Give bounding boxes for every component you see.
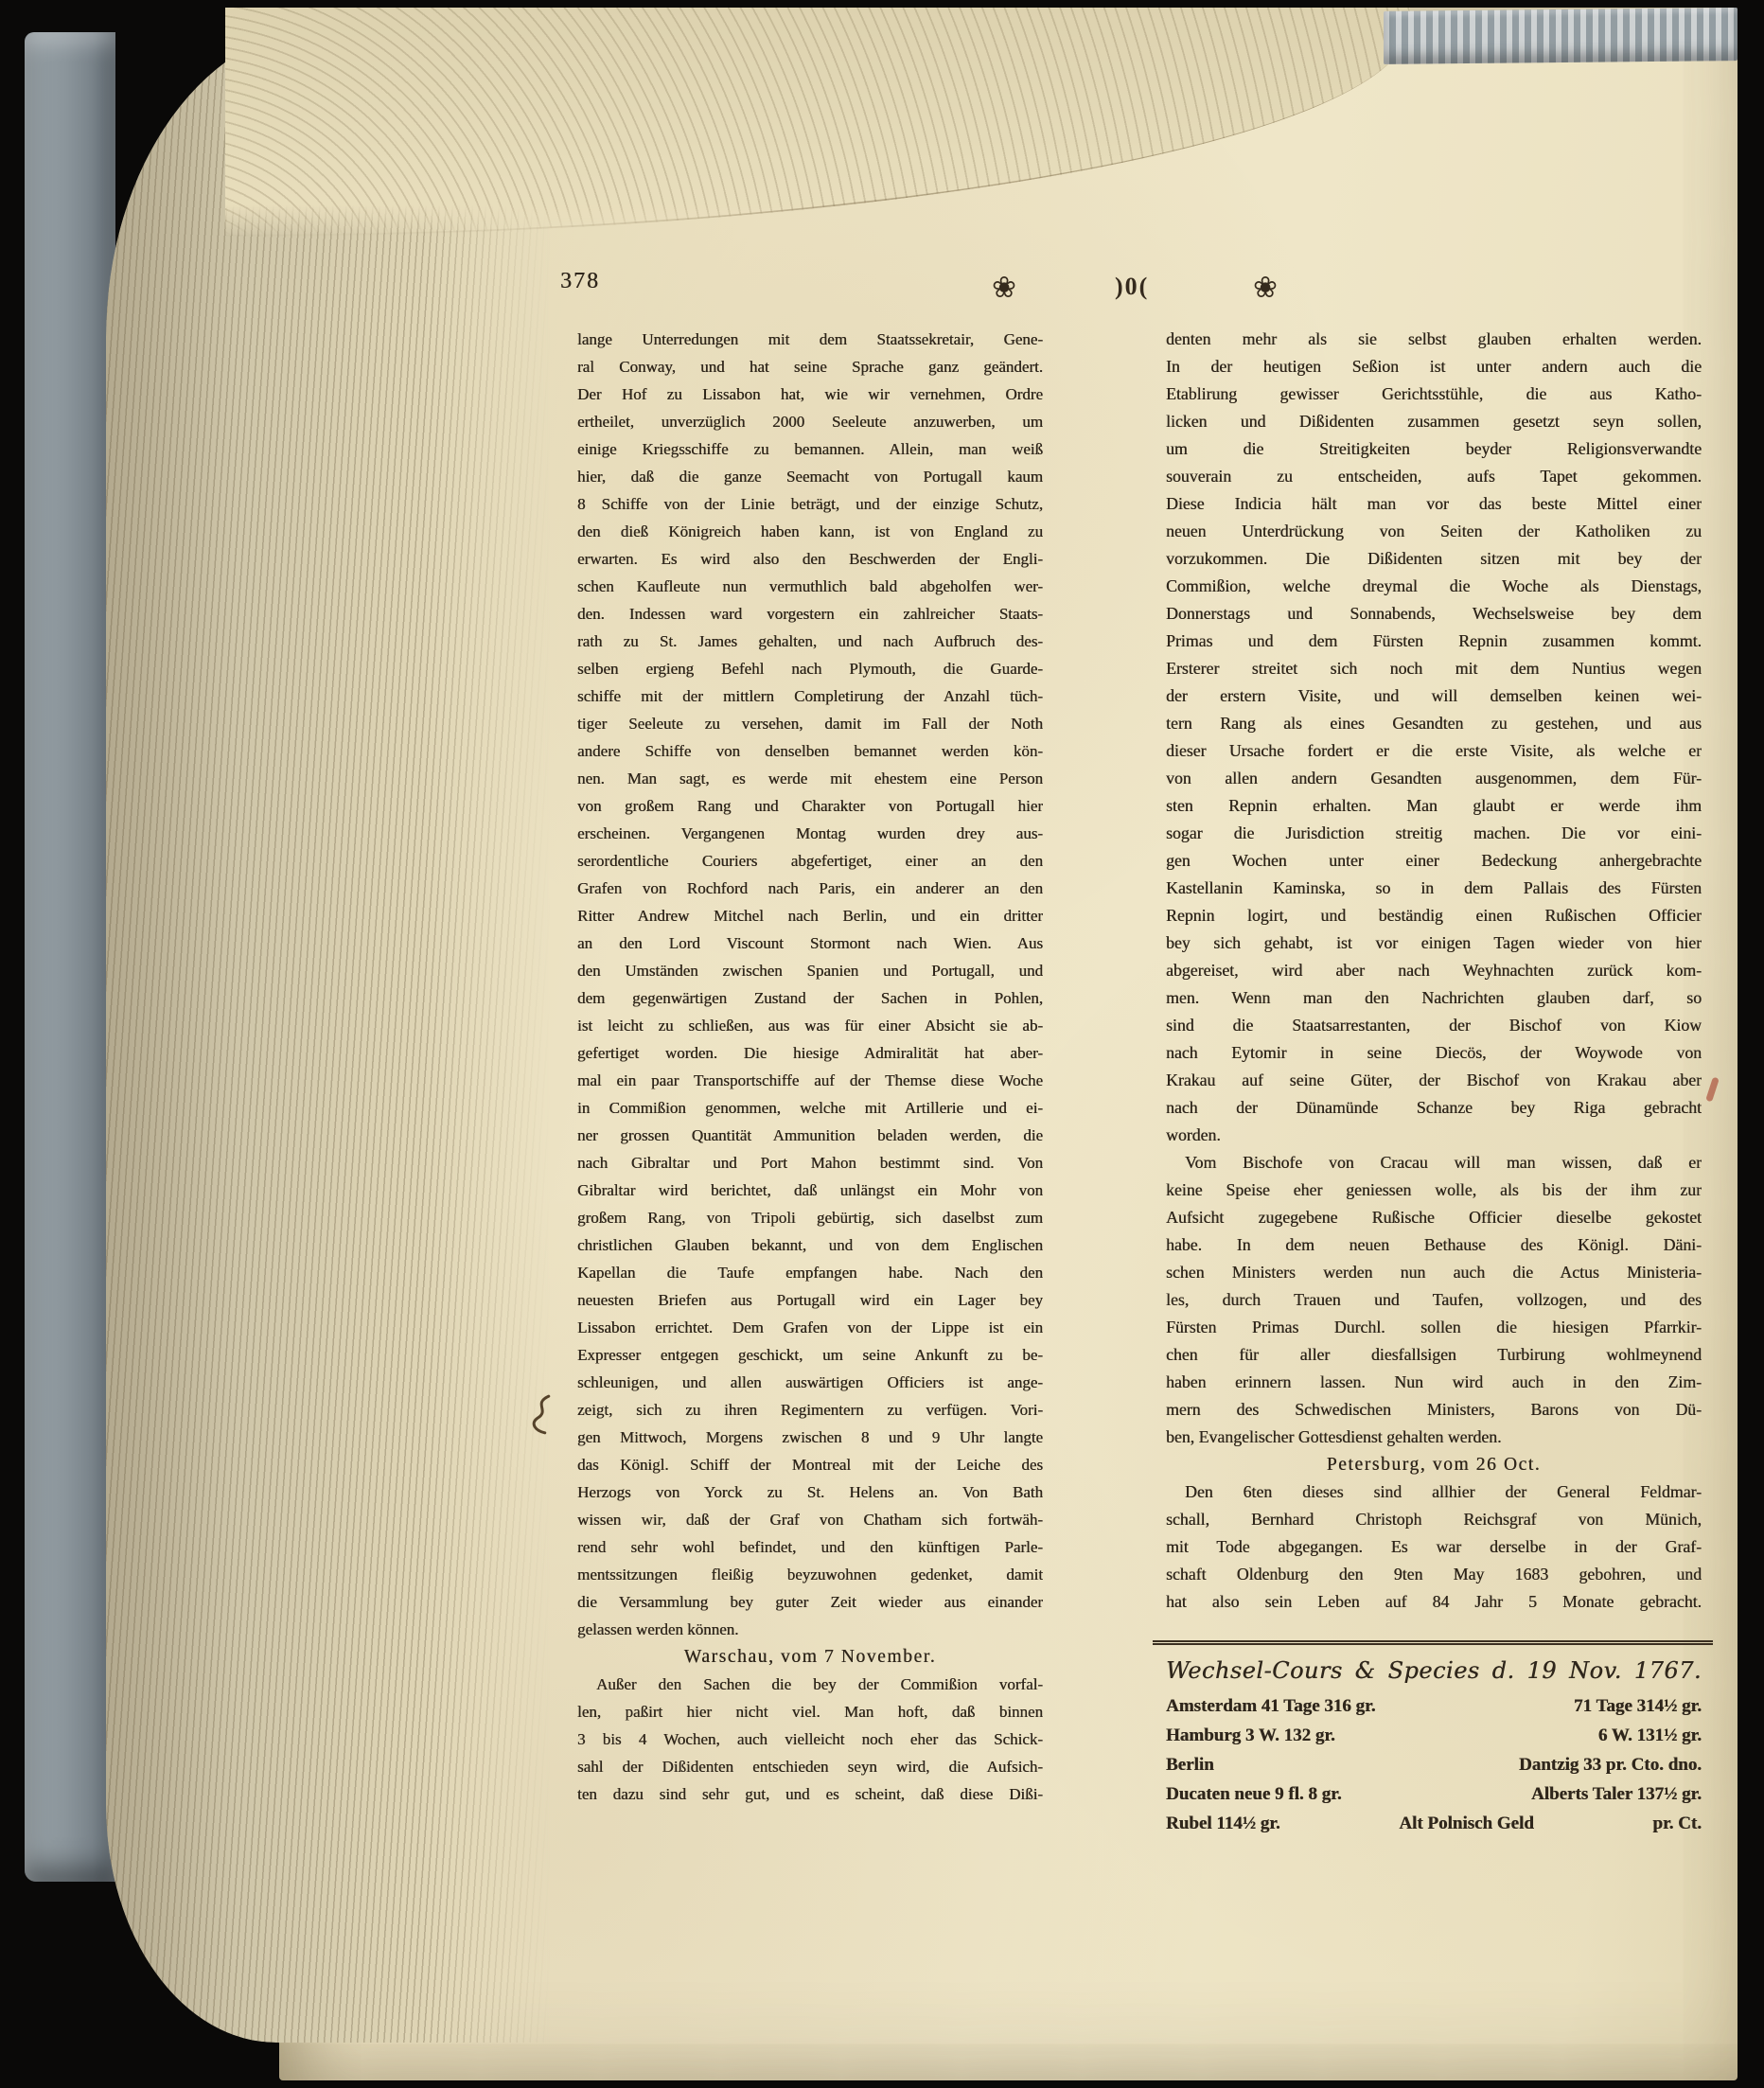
text-line: den. Indessen ward vorgestern ein zahlre…	[577, 600, 1043, 628]
text-line: Grafen von Rochford nach Paris, ein ande…	[577, 875, 1043, 902]
text-line: Der Hof zu Lissabon hat, wie wir vernehm…	[577, 380, 1043, 408]
text-line: großem Rang, von Tripoli gebürtig, sich …	[577, 1204, 1043, 1231]
exchange-cell: 71 Tage 314½ gr.	[1574, 1691, 1702, 1721]
text-line: um die Streitigkeiten beyder Religionsve…	[1166, 435, 1702, 463]
text-line: Repnin logirt, und beständig einen Rußis…	[1166, 902, 1702, 929]
text-line: sahl der Dißidenten entschieden seyn wir…	[577, 1753, 1043, 1780]
text-line: keine Speise eher geniessen wolle, als b…	[1166, 1177, 1702, 1204]
exchange-row: Rubel 114½ gr.Alt Polnisch Geldpr. Ct.	[1166, 1809, 1702, 1838]
text-line: hier, daß die ganze Seemacht von Portuga…	[577, 463, 1043, 490]
text-line: gelassen werden können.	[577, 1616, 1043, 1643]
right-column-lines: denten mehr als sie selbst glauben erhal…	[1166, 326, 1702, 1616]
text-line: tern Rang als eines Gesandten zu gestehe…	[1166, 710, 1702, 737]
exchange-cell: Berlin	[1166, 1750, 1214, 1779]
exchange-cell: Ducaten neue 9 fl. 8 gr.	[1166, 1779, 1342, 1809]
text-line: Herzogs von Yorck zu St. Helens an. Von …	[577, 1478, 1043, 1506]
exchange-cell: pr. Ct.	[1652, 1809, 1702, 1838]
text-line: licken und Dißidenten zusammen gesetzt s…	[1166, 408, 1702, 435]
text-line: serordentliche Couriers abgefertiget, ei…	[577, 847, 1043, 875]
text-line: Kastellanin Kaminska, so in dem Pallais …	[1166, 875, 1702, 902]
text-line: nach der Dünamünde Schanze bey Riga gebr…	[1166, 1094, 1702, 1122]
text-line: len, paßirt hier nicht viel. Man hoft, d…	[577, 1698, 1043, 1725]
text-line: die Versammlung bey guter Zeit wieder au…	[577, 1588, 1043, 1616]
text-line: hat also sein Leben auf 84 Jahr 5 Monate…	[1166, 1588, 1702, 1616]
exchange-cell: Rubel 114½ gr.	[1166, 1809, 1280, 1838]
text-line: selben ergieng Befehl nach Plymouth, die…	[577, 655, 1043, 682]
text-line: Donnerstags und Sonnabends, Wechselsweis…	[1166, 600, 1702, 628]
exchange-rates-table: Amsterdam 41 Tage 316 gr.71 Tage 314½ gr…	[1166, 1691, 1702, 1838]
book-cover-board	[25, 32, 115, 1882]
text-line: sten Repnin erhalten. Man glaubt er werd…	[1166, 792, 1702, 820]
text-line: rath zu St. James gehalten, und nach Auf…	[577, 628, 1043, 655]
text-line: tiger Seeleute zu versehen, damit im Fal…	[577, 710, 1043, 737]
text-line: dieser Ursache fordert er die erste Visi…	[1166, 737, 1702, 765]
text-line: souverain zu entscheiden, aufs Tapet gek…	[1166, 463, 1702, 490]
text-line: schleunigen, und allen auswärtigen Offic…	[577, 1369, 1043, 1396]
text-line: Kapellan die Taufe empfangen habe. Nach …	[577, 1259, 1043, 1286]
page-number: 378	[560, 269, 600, 294]
exchange-row: Hamburg 3 W. 132 gr.6 W. 131½ gr.	[1166, 1721, 1702, 1750]
text-line: ten dazu sind sehr gut, und es scheint, …	[577, 1780, 1043, 1808]
floral-ornament-icon: ❀	[992, 271, 1016, 305]
text-line: gefertiget worden. Die hiesige Admiralit…	[577, 1039, 1043, 1067]
text-line: chen für aller diesfallsigen Turbirung w…	[1166, 1341, 1702, 1369]
text-line: dem gegenwärtigen Zustand der Sachen in …	[577, 984, 1043, 1012]
exchange-cell: Dantzig 33 pr. Cto. dno.	[1519, 1750, 1702, 1779]
text-line: nach Eytomir in seine Diecös, der Woywod…	[1166, 1039, 1702, 1067]
text-line: Ersterer streitet sich noch mit dem Nunt…	[1166, 655, 1702, 682]
text-line: Commißion, welche dreymal die Woche als …	[1166, 573, 1702, 600]
text-line: Gibraltar wird berichtet, daß unlängst e…	[577, 1177, 1043, 1204]
floral-ornament-icon: ❀	[1253, 271, 1278, 305]
text-line: men. Wenn man den Nachrichten glauben da…	[1166, 984, 1702, 1012]
text-line: Außer den Sachen die bey der Commißion v…	[577, 1671, 1043, 1698]
text-line: den Umständen zwischen Spanien und Portu…	[577, 957, 1043, 984]
text-line: der erstern Visite, und will demselben k…	[1166, 682, 1702, 710]
exchange-row: Ducaten neue 9 fl. 8 gr.Alberts Taler 13…	[1166, 1779, 1702, 1809]
exchange-cell: Alberts Taler 137½ gr.	[1531, 1779, 1702, 1809]
text-line: vorzukommen. Die Dißidenten sitzen mit b…	[1166, 545, 1702, 573]
dateline-heading: Warschau, vom 7 November.	[577, 1643, 1043, 1671]
exchange-rates-title: Wechsel-Cours & Species d. 19 Nov. 1767.	[1166, 1654, 1702, 1688]
exchange-cell: Alt Polnisch Geld	[1399, 1809, 1534, 1838]
dateline-heading: Petersburg, vom 26 Oct.	[1166, 1451, 1702, 1478]
text-line: von allen andern Gesandten ausgenommen, …	[1166, 765, 1702, 792]
text-line: bey sich gehabt, ist vor einigen Tagen w…	[1166, 929, 1702, 957]
text-line: Etablirung gewisser Gerichtsstühle, die …	[1166, 380, 1702, 408]
text-line: christlichen Glauben bekannt, und von de…	[577, 1231, 1043, 1259]
exchange-cell: 6 W. 131½ gr.	[1598, 1721, 1702, 1750]
text-line: neuesten Briefen aus Portugall wird ein …	[577, 1286, 1043, 1314]
text-line: Aufsicht zugegebene Rußische Officier di…	[1166, 1204, 1702, 1231]
text-line: 8 Schiffe von der Linie beträgt, und der…	[577, 490, 1043, 518]
text-line: rend sehr wohl befindet, und den künftig…	[577, 1533, 1043, 1561]
text-line: mentssitzungen fleißig beyzuwohnen geden…	[577, 1561, 1043, 1588]
text-line: schall, Bernhard Christoph Reichsgraf vo…	[1166, 1506, 1702, 1533]
text-line: les, durch Trauen und Taufen, vollzogen,…	[1166, 1286, 1702, 1314]
text-line: Lissabon errichtet. Dem Grafen von der L…	[577, 1314, 1043, 1341]
text-line: schen Kaufleute nun vermuthlich bald abg…	[577, 573, 1043, 600]
exchange-row: BerlinDantzig 33 pr. Cto. dno.	[1166, 1750, 1702, 1779]
text-line: haben erinnern lassen. Nun wird auch in …	[1166, 1369, 1702, 1396]
text-line: Fürsten Primas Durchl. sollen die hiesig…	[1166, 1314, 1702, 1341]
text-line: Expresser entgegen geschickt, um seine A…	[577, 1341, 1043, 1369]
text-line: habe. In dem neuen Bethause des Königl. …	[1166, 1231, 1702, 1259]
scanned-book-photo: 378 ❀ )0( ❀ lange Unterredungen mit dem …	[0, 0, 1764, 2088]
left-text-column: lange Unterredungen mit dem Staatssekret…	[577, 326, 1043, 1808]
text-line: mal ein paar Transportschiffe auf der Th…	[577, 1067, 1043, 1094]
text-line: gen Mittwoch, Morgens zwischen 8 und 9 U…	[577, 1424, 1043, 1451]
text-line: sind die Staatsarrestanten, der Bischof …	[1166, 1012, 1702, 1039]
text-line: abgereiset, wird aber nach Weyhnachten z…	[1166, 957, 1702, 984]
text-line: ertheilet, unverzüglich 2000 Seeleute an…	[577, 408, 1043, 435]
text-line: mern des Schwedischen Ministers, Barons …	[1166, 1396, 1702, 1424]
text-line: mit Tode abgegangen. Es war derselbe in …	[1166, 1533, 1702, 1561]
exchange-cell: Amsterdam 41 Tage 316 gr.	[1166, 1691, 1376, 1721]
fore-edge-page-stack	[106, 25, 551, 2043]
text-line: Ritter Andrew Mitchel nach Berlin, und e…	[577, 902, 1043, 929]
text-line: neuen Unterdrückung von Seiten der Katho…	[1166, 518, 1702, 545]
text-line: einige Kriegsschiffe zu bemannen. Allein…	[577, 435, 1043, 463]
right-text-column: denten mehr als sie selbst glauben erhal…	[1166, 326, 1702, 1838]
text-line: Den 6ten dieses sind allhier der General…	[1166, 1478, 1702, 1506]
text-line: sogar die Jurisdiction streitig machen. …	[1166, 820, 1702, 847]
text-line: gen Wochen unter einer Bedeckung anherge…	[1166, 847, 1702, 875]
exchange-cell: Hamburg 3 W. 132 gr.	[1166, 1721, 1335, 1750]
text-line: Krakau auf seine Güter, der Bischof von …	[1166, 1067, 1702, 1094]
text-line: schaft Oldenburg den 9ten May 1683 geboh…	[1166, 1561, 1702, 1588]
text-line: von großem Rang und Charakter von Portug…	[577, 792, 1043, 820]
text-line: In der heutigen Seßion ist unter andern …	[1166, 353, 1702, 380]
text-line: worden.	[1166, 1122, 1702, 1149]
text-line: erscheinen. Vergangenen Montag wurden dr…	[577, 820, 1043, 847]
text-line: in Commißion genommen, welche mit Artill…	[577, 1094, 1043, 1122]
text-line: das Königl. Schiff der Montreal mit der …	[577, 1451, 1043, 1478]
text-line: ral Conway, und hat seine Sprache ganz g…	[577, 353, 1043, 380]
text-line: den dieß Königreich haben kann, ist von …	[577, 518, 1043, 545]
section-divider-rule	[1153, 1640, 1713, 1645]
text-line: Primas und dem Fürsten Repnin zusammen k…	[1166, 628, 1702, 655]
exchange-row: Amsterdam 41 Tage 316 gr.71 Tage 314½ gr…	[1166, 1691, 1702, 1721]
text-line: 3 bis 4 Wochen, auch vielleicht noch ehe…	[577, 1725, 1043, 1753]
text-line: schiffe mit der mittlern Completirung de…	[577, 682, 1043, 710]
text-line: zeigt, sich zu ihren Regimentern zu verf…	[577, 1396, 1043, 1424]
text-line: wissen wir, daß der Graf von Chatham sic…	[577, 1506, 1043, 1533]
text-line: ist leicht zu schließen, aus was für ein…	[577, 1012, 1043, 1039]
text-line: lange Unterredungen mit dem Staatssekret…	[577, 326, 1043, 353]
text-line: nen. Man sagt, es werde mit ehestem eine…	[577, 765, 1043, 792]
header-center-mark: )0(	[1115, 273, 1149, 301]
opposite-page-block-stripes	[1384, 8, 1738, 64]
text-line: nach Gibraltar und Port Mahon bestimmt s…	[577, 1149, 1043, 1177]
text-line: schen Ministers werden nun auch die Actu…	[1166, 1259, 1702, 1286]
text-line: andere Schiffe von denselben bemannet we…	[577, 737, 1043, 765]
text-line: Vom Bischofe von Cracau will man wissen,…	[1166, 1149, 1702, 1177]
text-line: Diese Indicia hält man vor das beste Mit…	[1166, 490, 1702, 518]
text-line: erwarten. Es wird also den Beschwerden d…	[577, 545, 1043, 573]
text-line: denten mehr als sie selbst glauben erhal…	[1166, 326, 1702, 353]
text-line: ben, Evangelischer Gottesdienst gehalten…	[1166, 1424, 1702, 1451]
text-line: an den Lord Viscount Stormont nach Wien.…	[577, 929, 1043, 957]
text-line: ner grossen Quantität Ammunition beladen…	[577, 1122, 1043, 1149]
